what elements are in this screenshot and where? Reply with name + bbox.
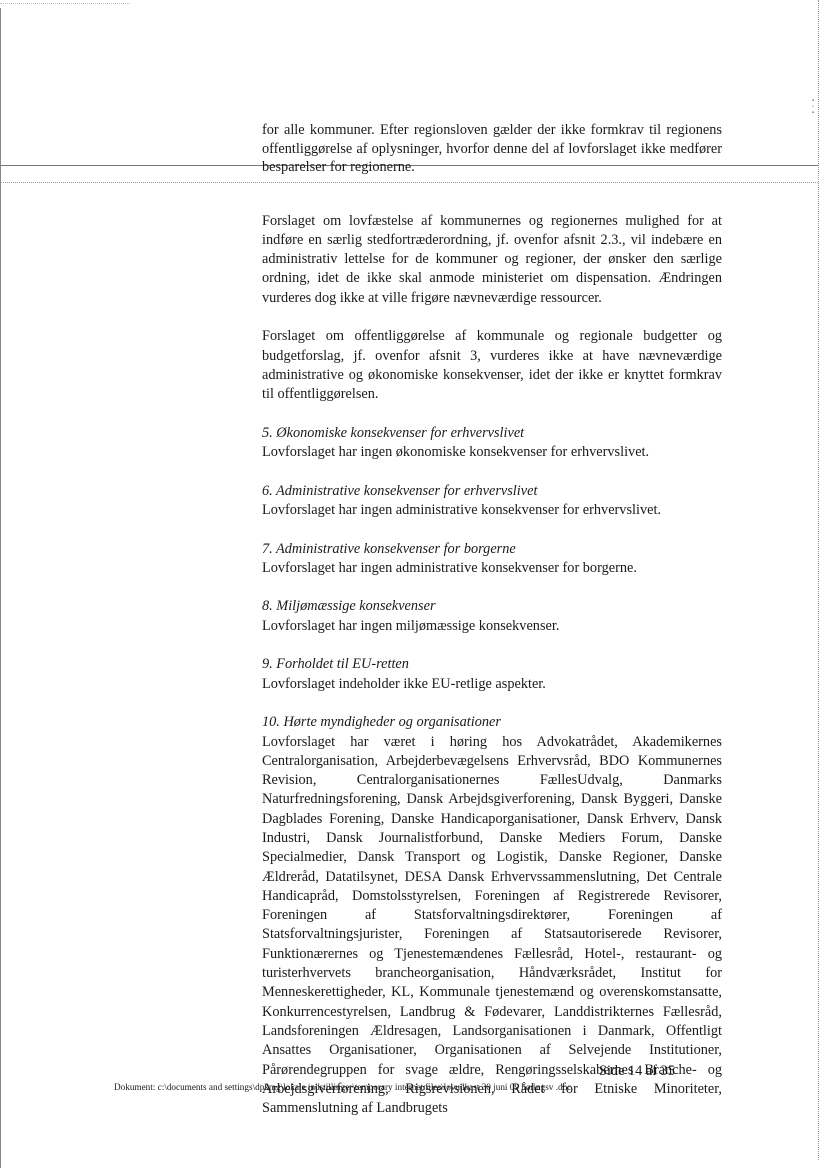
section-body: Lovforslaget indeholder ikke EU-retlige …: [262, 675, 722, 694]
section-heading: 10. Hørte myndigheder og organisationer: [262, 713, 722, 732]
section-8: 8. Miljømæssige konsekvenser Lovforslage…: [262, 597, 722, 636]
section-7: 7. Administrative konsekvenser for borge…: [262, 540, 722, 579]
page-number: Side 14 af 35: [599, 1063, 675, 1080]
section-heading: 5. Økonomiske konsekvenser for erhvervsl…: [262, 424, 722, 443]
section-body: Lovforslaget har ingen økonomiske konsek…: [262, 443, 722, 462]
section-heading: 7. Administrative konsekvenser for borge…: [262, 540, 722, 559]
intro-paragraph: for alle kommuner. Efter regionsloven gæ…: [262, 121, 722, 177]
scan-artifact-top: [0, 3, 130, 4]
document-body: for alle kommuner. Efter regionsloven gæ…: [262, 121, 722, 1118]
paragraph-stedfortraeder: Forslaget om lovfæstelse af kommunernes …: [262, 212, 722, 308]
section-heading: 6. Administrative konsekvenser for erhve…: [262, 482, 722, 501]
page-right-border: [818, 0, 819, 1160]
section-body: Lovforslaget har ingen administrative ko…: [262, 559, 722, 578]
section-body: Lovforslaget har ingen administrative ko…: [262, 501, 722, 520]
section-6: 6. Administrative konsekvenser for erhve…: [262, 482, 722, 521]
section-heading: 9. Forholdet til EU-retten: [262, 655, 722, 674]
section-10: 10. Hørte myndigheder og organisationer …: [262, 713, 722, 1118]
section-heading: 8. Miljømæssige konsekvenser: [262, 597, 722, 616]
section-body: Lovforslaget har ingen miljømæssige kons…: [262, 617, 722, 636]
section-5: 5. Økonomiske konsekvenser for erhvervsl…: [262, 424, 722, 463]
section-body: Lovforslaget har været i høring hos Advo…: [262, 733, 722, 1119]
margin-scan-mark: ▪▫▪: [812, 98, 814, 116]
section-9: 9. Forholdet til EU-retten Lovforslaget …: [262, 655, 722, 694]
paragraph-budgetter: Forslaget om offentliggørelse af kommuna…: [262, 327, 722, 404]
document-path-footer: Dokument: c:\documents and settings\dpkm…: [114, 1082, 571, 1092]
